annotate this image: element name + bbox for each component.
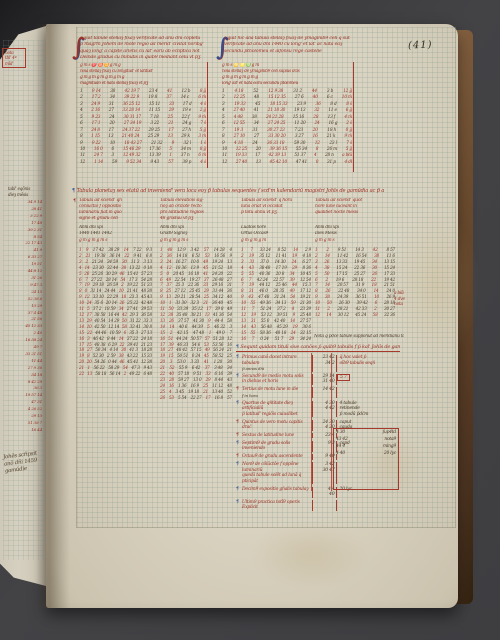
text-line: 16 44 [10,427,42,434]
canon-entry-text: Secund9 de medio motu solisin diebus et … [242,374,312,385]
table-cell: 12 [315,312,320,318]
table-cell: 49 22 [129,371,140,377]
text-line: 9 47 3 [10,282,42,289]
table-cell: 4 40 [336,450,345,457]
text-line: 48 graduū vt pʒ [160,216,232,222]
middle-heading-text: Tabula planetaȝ sex etatū ad inveniend' … [77,188,384,194]
canon-entry-numbers [312,500,337,511]
table-cell: 9 43 [150,160,159,166]
text-line: 19 51 [10,261,42,268]
text-line: 51 38 7 [10,420,42,427]
folio-number: (41) [408,40,433,52]
verso-column-header: tabl' eqōnisdieȝ mēsis [8,186,44,198]
red-rule-vertical [207,62,208,168]
text-line: 6 33 27 [10,254,42,261]
table-row: 121 14599 52 349 435739 p4 s̄ [80,160,206,166]
text-line: 29 13 [10,413,42,420]
group1-subheader: ḡ m̄ ḡ m̄ ḡ m̄ s̄ [79,238,151,244]
red-rule-vertical [353,62,354,172]
text-line: 3 22 9 [10,213,42,220]
table-cell: 45 42 10 [270,160,288,166]
table-cell: 29 [289,336,294,342]
canon-entry-text: Non9 de cōiūctōe f oppōne luminariūquedā… [242,462,312,484]
canon-entry-text: Decim9 expositio gn̄alis tabulaȝ [242,487,312,498]
table-cell: 59 [112,160,117,166]
table-cell: 2 [124,371,126,377]
group1-year-header: Anni dñi xp̄i1440 1441 1442 [79,225,147,236]
canon-entry-text: Sextus de latitudine lune [242,433,312,439]
table-cell: 4 dł [344,160,351,166]
group4-subheader: ḡ m̄ ḡ m̄ s̄ [315,238,395,244]
table-cell: 0 [316,160,319,166]
star-table-left: 19 143842 19 723 44112 b8 ḡ217 23439 22 … [80,89,206,166]
manuscript-photo: (41) ∫ Equit̄ tabule stellaȝ fixaȝ verif… [0,0,500,640]
canon-entry: ¶Primus canō docet intrare tabulamp̄ ann… [236,355,400,372]
table-cell: 58 [373,312,378,318]
text-line: Dies Mēsis [315,231,395,237]
canon-entry-text: Octau9 de gradu ascendente [242,454,312,460]
text-line: 8 42 29 [10,379,42,386]
text-line: 41 9 [10,247,42,254]
table-row: 1227 401345 42 1047 41031 p4 dł [222,160,352,166]
canon-entry-numbers: 14 42 [312,387,337,398]
table-cell: ſup4td [383,429,396,436]
table-cell: 16 [241,336,246,342]
text-line: Ortus Occas9 [241,231,309,237]
table-cell: 0 24 [260,336,269,342]
canon-entry-note: 5 7 [337,374,350,382]
intro-paragraph-right: Equit̄ hic alia tabula stellaȝ fixaȝ de … [224,36,374,55]
canon-heading-text: Sequnt̄ quidam tituli sive canōes p̄ qui… [240,344,400,350]
text-line: magnitudo et nat̄a stellaȝ fixaȝ vt pʒ [80,81,206,87]
canon-entry-numbers: 29 1431 40 [312,374,337,385]
text-line: 34 9 14 [10,199,42,206]
table-cell: 20 lyc [384,450,396,457]
text-line: 47 31 [10,399,42,406]
table-cell: 58 18 [95,371,106,377]
table-cell: 6 [124,330,126,336]
text-line: 49 7 [10,344,42,351]
table-row: 121430 1245 245832 36 [315,312,395,318]
table-cell: 12 [222,160,227,166]
table-cell: nota9 [384,436,396,443]
table-row: 43 42nota9 [334,436,398,443]
text-line: secundū ptholomeū et alfonsū regē castel… [224,49,374,55]
group4-marginal-note: a błā4 dvenota [394,291,418,308]
table-cell: 5 54 [178,395,187,401]
table-cell: 56 14 [109,371,120,377]
verso-number-column: 34 9 1428 413 22 917 4839 2 318 5422 17 … [10,199,42,434]
group2-caption: Tabula elevatiōis sig-noȝ ab orizōte rec… [160,198,232,222]
text-line: 4 26 52 [10,406,42,413]
canon-section-heading: ¶ Sequnt̄ quidam tituli sive canōes p̄ q… [236,344,400,352]
text-line: 52 38 6 [10,296,42,303]
pilcrow-icon: ¶ [72,188,75,194]
canon-entry-note: 4 tabuleretinendep̄ modū p̄dc̄m [337,401,368,418]
table-cell: ming9 [383,443,396,450]
text-line: 19 57 14 [10,392,42,399]
canon-entry-text: Quintus de vero motu capitis drac̄ [242,420,312,431]
text-line: qualibet nocte mēsis [315,210,395,216]
text-line: 33 21 51 [10,351,42,358]
intro-paragraph-left: Equit̄ tabule stellaȝ fixaȝ verificate a… [80,36,208,61]
table-cell: 27 40 [236,160,247,166]
group1-table: 1917 4238 29147 229 322119 3836 14229 41… [79,247,152,377]
table-cell: 13 [256,160,261,166]
text-line: 45 12 33 [10,323,42,330]
table-cell: 57 [168,160,173,166]
text-line: 27 9 36 [10,365,42,372]
table-row: 44 4ming9 [334,443,398,450]
table-cell: 51 7 [275,336,284,342]
canon-entry: ¶Tertius de motu lune in dief in hora14 … [236,387,400,398]
table-cell: 53 [169,395,174,401]
text-line: 28 41 [10,206,42,213]
table-cell: 16 8 [215,395,224,401]
verso-margin-box: notatbl' 4ªmīd' [2,48,26,68]
table-cell: 1 14 [94,160,103,166]
canon-entry-note: q̄ hoc valet p̄oīb9 tabulis seqn̄ [337,355,375,372]
table-cell: 4 30 [336,429,345,436]
text-line: 22 17 43 [10,240,42,247]
text-line: quaȝ long' a capite arietis cū lat' earū… [80,49,208,55]
canon-entry-text: Quartus de qn̄titate dieȝ artificialiūp̄… [242,401,312,418]
text-line: 44 8 12 [10,268,42,275]
text-line: 16 58 24 [10,337,42,344]
table-cell: 44 4 [336,443,345,450]
canon-summary-box: 4 30ſup4td43 42nota944 4ming94 4020 lyc [333,428,399,490]
text-line: Grad9 Signoȝ [160,231,232,237]
text-line: dieȝ mēsis [8,192,44,198]
group3-table: 1733 248 52142 921935 1211 41194 1833137… [241,247,311,342]
table-cell: 9 52 34 [126,160,141,166]
text-line: 17 48 [10,220,42,227]
canon-entry-text: Ultim9 practica totī9 operis Explicit [242,500,312,511]
table-cell: 34 24 [300,336,311,342]
red-rule-vertical [331,353,332,491]
table-cell: 6 48 [143,371,152,377]
canon-entry: ¶Secund9 de medio motu solisin diebus et… [236,374,400,385]
text-line: Deinde gradus cū minutis in quib9 median… [80,55,208,61]
table-cell: 22 27 [191,395,202,401]
red-rule-vertical [311,353,312,491]
table-cell: 26 [160,395,165,401]
text-line: nota [394,302,418,308]
table-cell: 4 s̄ [200,160,206,166]
table-cell: 43 42 [336,436,348,443]
table-cell: 14 [326,312,331,318]
text-line: 24 15 [10,289,42,296]
table-cell: 39 p [182,160,191,166]
group4-caption: Tabula ad sciend' quothore lune luceant … [315,198,395,216]
canon-entry-numbers: 4 304 42 [312,401,337,418]
text-line: 11 44 [10,358,42,365]
table-cell: 57 [227,395,232,401]
text-line: 21 56 [10,316,42,323]
pilcrow-icon: ¶ [236,344,239,350]
group4-footer: Nota q̄ p̄dc̄e tabule supponūt ad meridi… [314,334,404,339]
table-cell: 32 36 [384,312,395,318]
text-line: p̄ magr̄m Johēm de mōte regio ad merid' … [80,42,208,48]
group3-caption: Tabula ad sciend' q̄ horaluna oriat̄ vł … [241,198,309,216]
text-line: 31 26 [10,275,42,282]
text-line: 54 18 [10,372,42,379]
star-table-left-header: ḡ m̄ s̄ ♈ ♉ ♊ ḡ m̄ ḡnōia stellaȝ fixaȝ c… [80,63,206,87]
middle-heading: ¶ Tabula planetaȝ sex etatū ad inveniend… [72,188,384,194]
group1-caption: Tabula ad sciend' q̄ñconiūctio f opposit… [79,198,147,222]
table-cell: 45 24 [355,312,366,318]
canon-entry-text: Tertius de motu lune in dief in hora [242,387,312,398]
text-line: p̄ totū annū vt pʒ [241,210,309,216]
table-cell: 7 [252,336,254,342]
text-line: 36 3 [10,385,42,392]
text-line: 8 54 [10,234,42,241]
text-line: 1440 1441 1442 [79,231,147,237]
table-row: 1670 2451 72934 24 [241,336,311,342]
group2-table: 14812 93 425714 28423614 186 515316 5693… [160,247,232,401]
table-cell: 30 12 [338,312,349,318]
text-line: long' lat' et nat̄a earū secundū ptolome… [222,81,352,87]
table-cell: 31 p [327,160,336,166]
table-row: 26535 5422 271716 857 [160,395,232,401]
group2-year-header: Anni dñi xp̄iGrad9 Signoȝ [160,225,232,236]
text-line: 39 2 31 [10,227,42,234]
table-cell: 47 41 [296,160,307,166]
pilcrow-icon: ¶ [73,198,76,204]
text-line: 37 4 48 [10,310,42,317]
table-cell: 22 [79,371,84,377]
star-table-right-header: ḡ m̄ s̄ ♋ ♌ ♍ ḡ m̄nōia stellaȝ de ymagin… [222,63,352,87]
group3-subheader: ḡ m̄ ḡ m̄ ḡ m̄ [241,238,309,244]
text-line: 13 29 [10,303,42,310]
table-cell: 13 [87,371,92,377]
table-cell: 17 [206,395,211,401]
table-cell: 12 [80,160,85,166]
group4-table: 129 5114 3428 5721411 4216 543811 632613… [315,247,395,318]
canon-entry: ¶Ultim9 practica totī9 operis Explicit [236,500,400,511]
text-line: 2 40 [10,330,42,337]
star-table-right: 14 185212 9 3831 2443 b12 ḡ212 254815 12… [222,89,352,166]
text-line: signo et gradu cēli [79,216,147,222]
table-row: 221358 1856 14249 226 48 [79,371,152,377]
group2-subheader: ḡ m̄ ḡ m̄ ḡ m̄ s̄ [160,238,232,244]
table-row: 4 30ſup4td [334,429,398,436]
group3-year-header: Lūatōis horeOrtus Occas9 [241,225,309,236]
canon-entry-text: Primus canō docet intrare tabulamp̄ anno… [242,355,312,372]
group4-year-header: Anni dñi xp̄iDies Mēsis [315,225,395,236]
canon-entry: ¶Quartus de qn̄titate dieȝ artificialiūp… [236,401,400,418]
text-line: mīd' [5,61,23,66]
table-cell: 9 [172,141,175,147]
canon-entry-text: Septim9 de gradu solis inveniendo [242,441,312,452]
table-row: 4 4020 lyc [334,450,398,457]
canon-entry-numbers: 23 4234 2 [312,355,337,372]
